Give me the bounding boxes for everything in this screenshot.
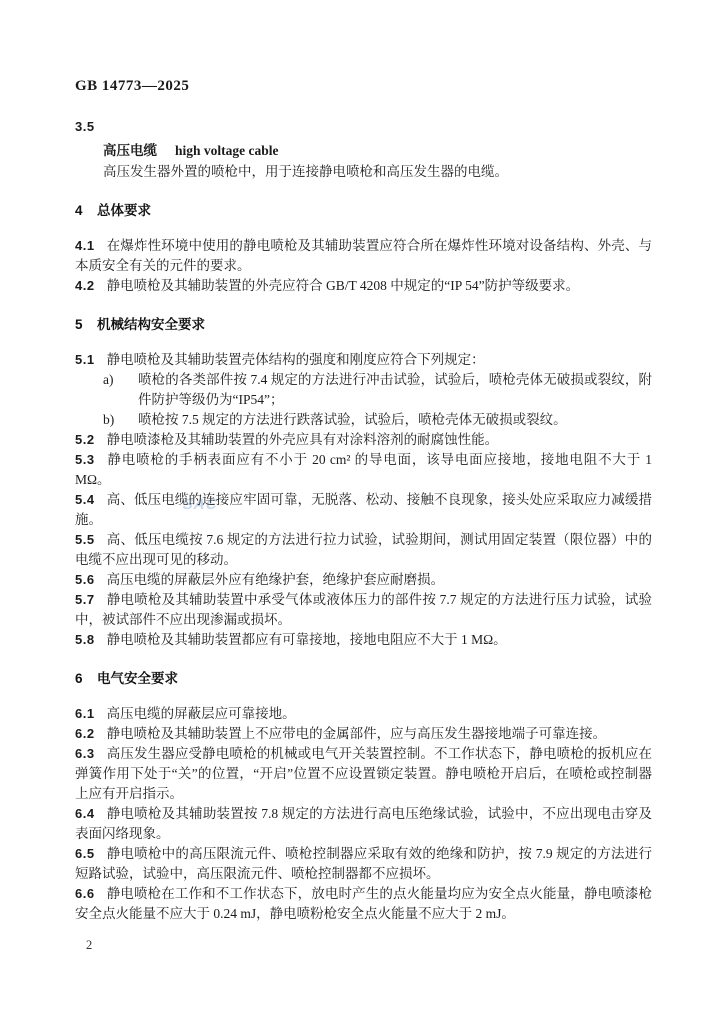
- clause-text: 静电喷枪的手柄表面应有不小于 20 cm² 的导电面，该导电面应接地，接地电阻不…: [75, 452, 652, 487]
- clause-text: 高压发生器应受静电喷枪的机械或电气开关装置控制。不工作状态下，静电喷枪的扳机应在…: [75, 746, 652, 801]
- clause-number: 4.2: [75, 278, 95, 293]
- section-number: 4: [75, 203, 83, 218]
- section-6: 6电气安全要求6.1高压电缆的屏蔽层应可靠接地。6.2静电喷枪及其辅助装置上不应…: [75, 669, 652, 924]
- clause-text: 静电喷枪及其辅助装置都应有可靠接地，接地电阻应不大于 1 MΩ。: [107, 632, 507, 647]
- document-page: SAC GB 14773—2025 3.5 高压电缆high voltage c…: [0, 0, 724, 1024]
- clause-number: 5.2: [75, 432, 95, 447]
- clause-text: 静电喷枪及其辅助装置壳体结构的强度和刚度应符合下列规定：: [107, 352, 485, 367]
- list-item-5.1-a: a)喷枪的各类部件按 7.4 规定的方法进行冲击试验，试验后，喷枪壳体无破损或裂…: [75, 370, 652, 410]
- clause-text: 高、低压电缆的连接应牢固可靠，无脱落、松动、接触不良现象，接头处应采取应力减缓措…: [75, 492, 652, 527]
- clause-text: 高压电缆的屏蔽层应可靠接地。: [107, 706, 296, 721]
- clause-number: 5.7: [75, 592, 95, 607]
- section-heading-5: 5机械结构安全要求: [75, 315, 652, 335]
- clause-5.5: 5.5高、低压电缆按 7.6 规定的方法进行拉力试验，试验期间，测试用固定装置（…: [75, 530, 652, 570]
- clause-number: 6.3: [75, 746, 95, 761]
- clause-6.4: 6.4静电喷枪及其辅助装置按 7.8 规定的方法进行高电压绝缘试验，试验中，不应…: [75, 804, 652, 844]
- term-title: 高压电缆high voltage cable: [75, 140, 652, 161]
- section-heading-6: 6电气安全要求: [75, 669, 652, 689]
- clause-number: 6.2: [75, 726, 95, 741]
- section-number: 5: [75, 317, 83, 332]
- clause-6.3: 6.3高压发生器应受静电喷枪的机械或电气开关装置控制。不工作状态下，静电喷枪的扳…: [75, 744, 652, 804]
- clause-5.1: 5.1静电喷枪及其辅助装置壳体结构的强度和刚度应符合下列规定：: [75, 350, 652, 370]
- clause-number: 6.6: [75, 886, 95, 901]
- clause-6.1: 6.1高压电缆的屏蔽层应可靠接地。: [75, 704, 652, 724]
- clause-6.6: 6.6静电喷枪在工作和不工作状态下，放电时产生的点火能量均应为安全点火能量，静电…: [75, 884, 652, 924]
- section-5: 5机械结构安全要求5.1静电喷枪及其辅助装置壳体结构的强度和刚度应符合下列规定：…: [75, 315, 652, 650]
- standard-number-header: GB 14773—2025: [75, 78, 652, 95]
- clause-text: 静电喷枪及其辅助装置的外壳应符合 GB/T 4208 中规定的“IP 54”防护…: [107, 278, 580, 293]
- term-definition: 高压发生器外置的喷枪中，用于连接静电喷枪和高压发生器的电缆。: [75, 161, 652, 182]
- list-item-5.1-b: b)喷枪按 7.5 规定的方法进行跌落试验，试验后，喷枪壳体无破损或裂纹。: [75, 410, 652, 430]
- clause-number: 5.3: [75, 452, 95, 467]
- clause-text: 高、低压电缆按 7.6 规定的方法进行拉力试验，试验期间，测试用固定装置（限位器…: [75, 532, 652, 567]
- section-number: 6: [75, 671, 83, 686]
- clause-text: 静电喷枪及其辅助装置中承受气体或液体压力的部件按 7.7 规定的方法进行压力试验…: [75, 592, 652, 627]
- clause-5.6: 5.6高压电缆的屏蔽层外应有绝缘护套，绝缘护套应耐磨损。: [75, 570, 652, 590]
- section-title: 总体要求: [97, 203, 151, 218]
- clause-number: 6.1: [75, 706, 95, 721]
- clause-text: 静电喷枪中的高压限流元件、喷枪控制器应采取有效的绝缘和防护，按 7.9 规定的方…: [75, 846, 652, 881]
- clause-number: 5.1: [75, 352, 95, 367]
- term-clause-number: 3.5: [75, 118, 652, 136]
- list-item-marker: b): [103, 410, 114, 430]
- clause-text: 高压电缆的屏蔽层外应有绝缘护套，绝缘护套应耐磨损。: [107, 572, 445, 587]
- clause-number: 5.8: [75, 632, 95, 647]
- clause-text: 静电喷枪及其辅助装置上不应带电的金属部件，应与高压发生器接地端子可靠连接。: [107, 726, 607, 741]
- clause-4.1: 4.1在爆炸性环境中使用的静电喷枪及其辅助装置应符合所在爆炸性环境对设备结构、外…: [75, 236, 652, 276]
- page-number: 2: [86, 938, 92, 953]
- clause-number: 6.5: [75, 846, 95, 861]
- section-4: 4总体要求4.1在爆炸性环境中使用的静电喷枪及其辅助装置应符合所在爆炸性环境对设…: [75, 201, 652, 296]
- clause-text: 在爆炸性环境中使用的静电喷枪及其辅助装置应符合所在爆炸性环境对设备结构、外壳、与…: [75, 238, 652, 273]
- section-title: 机械结构安全要求: [97, 317, 205, 332]
- clause-number: 4.1: [75, 238, 95, 253]
- section-title: 电气安全要求: [97, 671, 178, 686]
- list-item-text: 喷枪的各类部件按 7.4 规定的方法进行冲击试验，试验后，喷枪壳体无破损或裂纹，…: [138, 372, 652, 407]
- clause-5.2: 5.2静电喷漆枪及其辅助装置的外壳应具有对涂料溶剂的耐腐蚀性能。: [75, 430, 652, 450]
- section-heading-4: 4总体要求: [75, 201, 652, 221]
- clause-number: 6.4: [75, 806, 95, 821]
- clause-5.7: 5.7静电喷枪及其辅助装置中承受气体或液体压力的部件按 7.7 规定的方法进行压…: [75, 590, 652, 630]
- clause-6.5: 6.5静电喷枪中的高压限流元件、喷枪控制器应采取有效的绝缘和防护，按 7.9 规…: [75, 844, 652, 884]
- clause-number: 5.6: [75, 572, 95, 587]
- page-content: GB 14773—2025 3.5 高压电缆high voltage cable…: [75, 78, 652, 924]
- clause-text: 静电喷枪及其辅助装置按 7.8 规定的方法进行高电压绝缘试验，试验中，不应出现电…: [75, 806, 652, 841]
- sections-container: 4总体要求4.1在爆炸性环境中使用的静电喷枪及其辅助装置应符合所在爆炸性环境对设…: [75, 201, 652, 924]
- clause-number: 5.5: [75, 532, 95, 547]
- term-entry: 3.5 高压电缆high voltage cable 高压发生器外置的喷枪中，用…: [75, 118, 652, 182]
- clause-6.2: 6.2静电喷枪及其辅助装置上不应带电的金属部件，应与高压发生器接地端子可靠连接。: [75, 724, 652, 744]
- clause-5.8: 5.8静电喷枪及其辅助装置都应有可靠接地，接地电阻应不大于 1 MΩ。: [75, 630, 652, 650]
- clause-text: 静电喷枪在工作和不工作状态下，放电时产生的点火能量均应为安全点火能量，静电喷漆枪…: [75, 886, 652, 921]
- list-item-marker: a): [103, 370, 114, 390]
- clause-5.4: 5.4高、低压电缆的连接应牢固可靠，无脱落、松动、接触不良现象，接头处应采取应力…: [75, 490, 652, 530]
- term-en: high voltage cable: [175, 143, 279, 158]
- clause-text: 静电喷漆枪及其辅助装置的外壳应具有对涂料溶剂的耐腐蚀性能。: [107, 432, 499, 447]
- clause-number: 5.4: [75, 492, 95, 507]
- list-item-text: 喷枪按 7.5 规定的方法进行跌落试验，试验后，喷枪壳体无破损或裂纹。: [138, 412, 567, 427]
- clause-5.3: 5.3静电喷枪的手柄表面应有不小于 20 cm² 的导电面，该导电面应接地，接地…: [75, 450, 652, 490]
- term-zh: 高压电缆: [103, 143, 157, 158]
- clause-4.2: 4.2静电喷枪及其辅助装置的外壳应符合 GB/T 4208 中规定的“IP 54…: [75, 276, 652, 296]
